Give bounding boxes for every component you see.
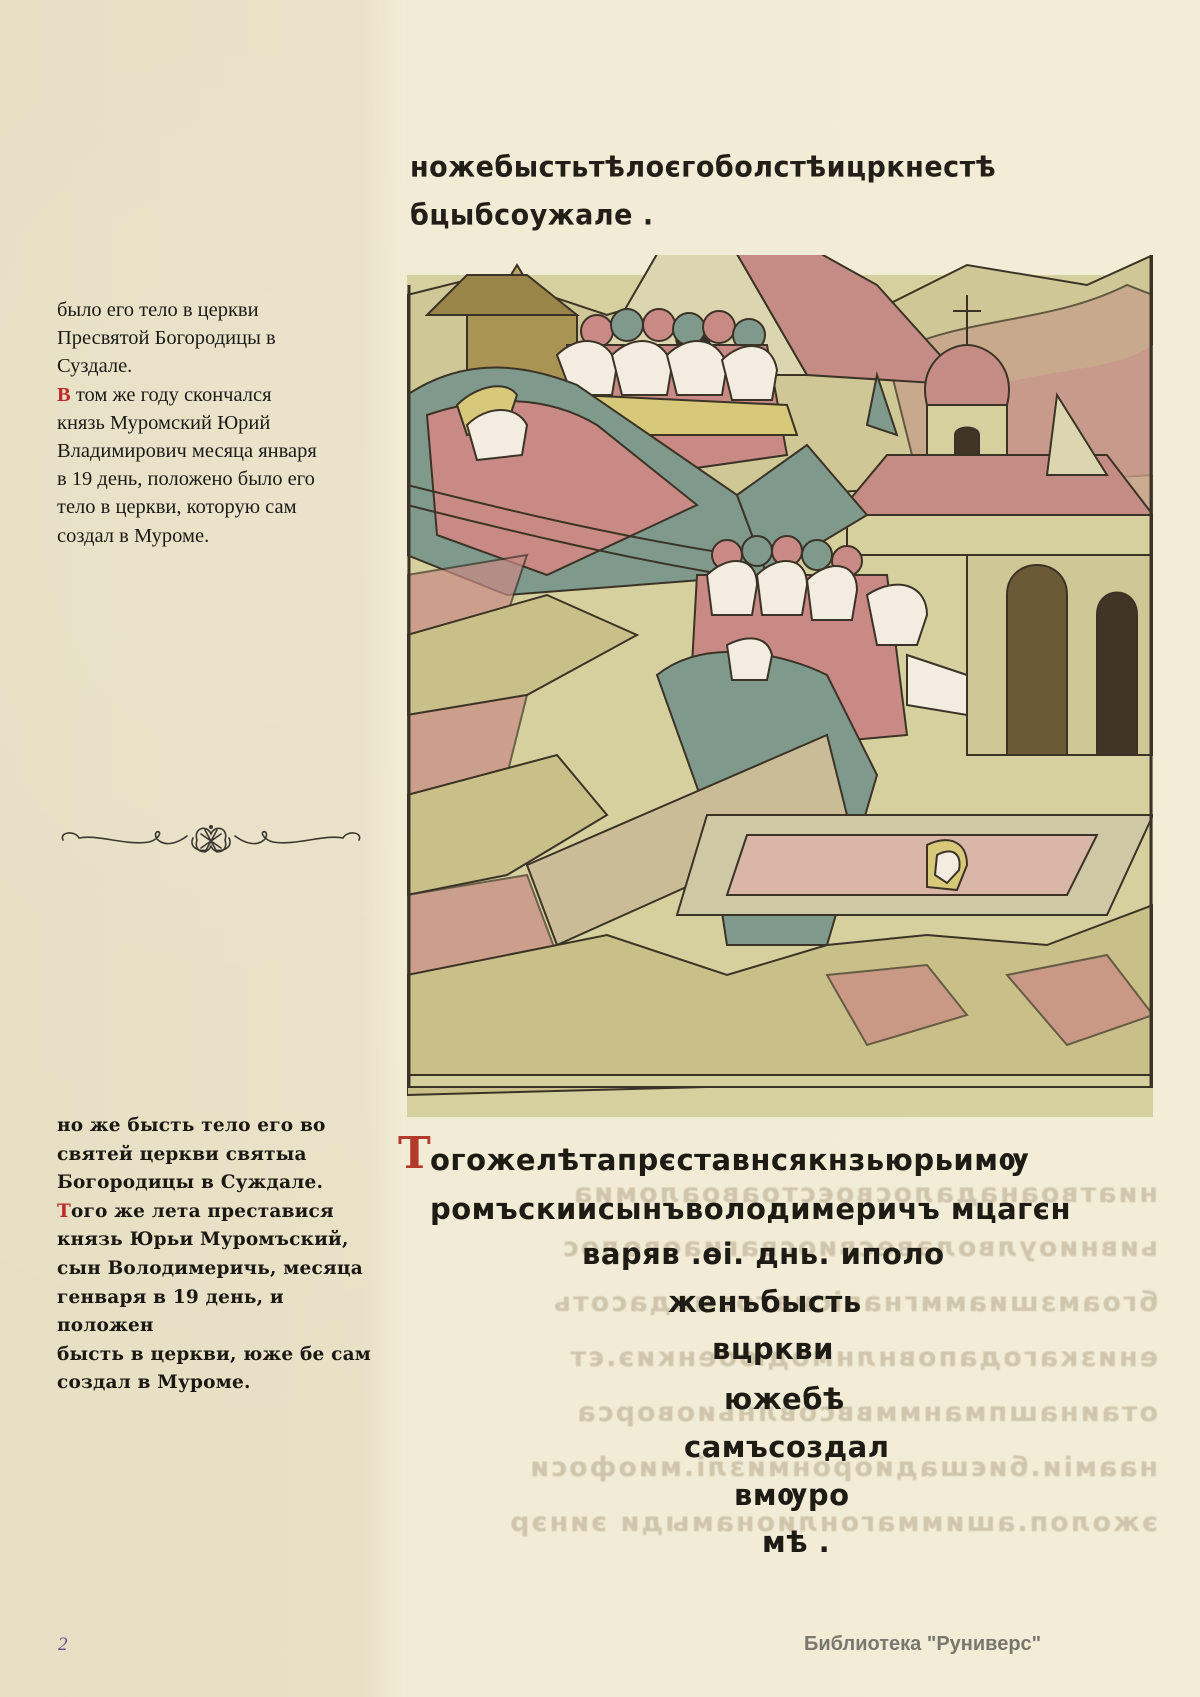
manuscript-header-line: бцыбсоужале . <box>410 199 654 232</box>
page-number: 2 <box>58 1634 68 1656</box>
manuscript-text-line: огожелѣтапрєставнсякнзьюрьимѹ <box>430 1143 1029 1177</box>
manuscript-text-line: женъбысть <box>668 1285 862 1319</box>
text-line: князь Юрьи Муромъский, <box>57 1226 377 1255</box>
manuscript-header-line: ножебыстьтѣлоєгоболстѣицркнестѣ <box>410 151 996 184</box>
text-line: В том же году скончался <box>57 381 377 409</box>
slavonic-transliteration-text: но же бысть тело его во святей церкви св… <box>57 1112 377 1398</box>
text-line: Суздале. <box>57 352 377 380</box>
manuscript-miniature-illustration <box>407 255 1153 1117</box>
manuscript-text-line: южебѣ <box>724 1382 845 1416</box>
text-line: Того же лета преставися <box>57 1198 377 1227</box>
text-line: Владимирович месяца января <box>57 437 377 465</box>
manuscript-text-line: варяв .ѳі. днь. иполо <box>582 1237 945 1271</box>
text-line: сын Володимеричь, месяца <box>57 1255 377 1284</box>
flourish-divider-icon <box>57 820 365 860</box>
manuscript-text-line: ромъскиисынъволодимеричъ мцагєн <box>430 1192 1071 1226</box>
text-line: было его тело в церкви <box>57 296 377 324</box>
red-initial: Т <box>57 1201 71 1222</box>
modern-translation-text: было его тело в церкви Пресвятой Богород… <box>57 296 377 550</box>
text-line: князь Муромский Юрий <box>57 409 377 437</box>
text-line: но же бысть тело его во <box>57 1112 377 1141</box>
manuscript-text-line: вцркви <box>712 1332 834 1366</box>
manuscript-text-line: самъсоздал <box>684 1430 889 1464</box>
text-line: в 19 день, положено было его <box>57 465 377 493</box>
text-line: создал в Муроме. <box>57 1369 377 1398</box>
text-line: тело в церкви, которую сам <box>57 493 377 521</box>
library-name: Библиотека "Руниверс" <box>804 1633 1041 1656</box>
text-line: бысть в церкви, юже бе сам <box>57 1341 377 1370</box>
text-line: Богородицы в Суждале. <box>57 1169 377 1198</box>
red-initial: В <box>57 384 71 406</box>
text-line: генваря в 19 день, и положен <box>57 1284 377 1341</box>
manuscript-text-line: мѣ . <box>762 1525 830 1559</box>
manuscript-text-line: вмѹро <box>734 1478 850 1512</box>
text-line: святей церкви святыа <box>57 1141 377 1170</box>
text-line: создал в Муроме. <box>57 522 377 550</box>
manuscript-red-initial: Т <box>398 1128 431 1179</box>
text-line: Пресвятой Богородицы в <box>57 324 377 352</box>
